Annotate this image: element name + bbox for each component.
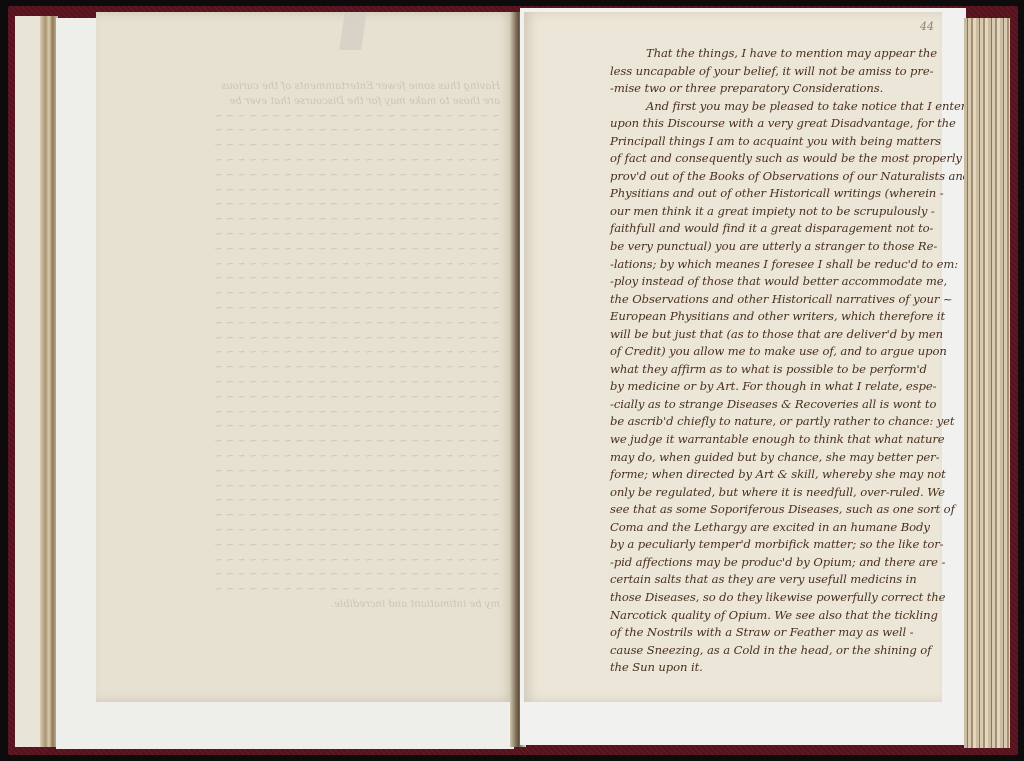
manuscript-line: European Physitians and other writers, w… (610, 308, 940, 326)
manuscript-line: of fact and consequently such as would b… (610, 150, 940, 168)
showthrough-line: ~ ~ ~ ~ ~ ~ ~ ~ ~ ~ ~ ~ ~ ~ ~ ~ ~ ~ ~ ~ … (160, 184, 500, 199)
showthrough-line: ~ ~ ~ ~ ~ ~ ~ ~ ~ ~ ~ ~ ~ ~ ~ ~ ~ ~ ~ ~ … (160, 391, 500, 406)
manuscript-line: our men think it a great impiety not to … (610, 203, 940, 221)
manuscript-line: faithfull and would find it a great disp… (610, 220, 940, 238)
showthrough-line: ~ ~ ~ ~ ~ ~ ~ ~ ~ ~ ~ ~ ~ ~ ~ ~ ~ ~ ~ ~ … (160, 494, 500, 509)
showthrough-line: ~ ~ ~ ~ ~ ~ ~ ~ ~ ~ ~ ~ ~ ~ ~ ~ ~ ~ ~ ~ … (160, 228, 500, 243)
showthrough-line: ~ ~ ~ ~ ~ ~ ~ ~ ~ ~ ~ ~ ~ ~ ~ ~ ~ ~ ~ ~ … (160, 346, 500, 361)
showthrough-line: ~ ~ ~ ~ ~ ~ ~ ~ ~ ~ ~ ~ ~ ~ ~ ~ ~ ~ ~ ~ … (160, 568, 500, 583)
endpaper-left (15, 16, 43, 747)
manuscript-line: see that as some Soporiferous Diseases, … (610, 501, 940, 519)
showthrough-line: ~ ~ ~ ~ ~ ~ ~ ~ ~ ~ ~ ~ ~ ~ ~ ~ ~ ~ ~ ~ … (160, 110, 500, 125)
repair-tape (339, 12, 366, 50)
showthrough-line: ~ ~ ~ ~ ~ ~ ~ ~ ~ ~ ~ ~ ~ ~ ~ ~ ~ ~ ~ ~ … (160, 124, 500, 139)
manuscript-line: be very punctual) you are utterly a stra… (610, 238, 940, 256)
manuscript-line: That the things, I have to mention may a… (610, 45, 940, 63)
manuscript-line: Principall things I am to acquaint you w… (610, 133, 940, 151)
showthrough-line: ~ ~ ~ ~ ~ ~ ~ ~ ~ ~ ~ ~ ~ ~ ~ ~ ~ ~ ~ ~ … (160, 361, 500, 376)
manuscript-line: what they affirm as to what is possible … (610, 361, 940, 379)
showthrough-line: ~ ~ ~ ~ ~ ~ ~ ~ ~ ~ ~ ~ ~ ~ ~ ~ ~ ~ ~ ~ … (160, 198, 500, 213)
showthrough-line: ~ ~ ~ ~ ~ ~ ~ ~ ~ ~ ~ ~ ~ ~ ~ ~ ~ ~ ~ ~ … (160, 376, 500, 391)
showthrough-line: ~ ~ ~ ~ ~ ~ ~ ~ ~ ~ ~ ~ ~ ~ ~ ~ ~ ~ ~ ~ … (160, 243, 500, 258)
manuscript-line: -cially as to strange Diseases & Recover… (610, 396, 940, 414)
page-block-right-edge (964, 18, 1010, 748)
showthrough-line: ~ ~ ~ ~ ~ ~ ~ ~ ~ ~ ~ ~ ~ ~ ~ ~ ~ ~ ~ ~ … (160, 169, 500, 184)
manuscript-line: those Diseases, so do they likewise powe… (610, 589, 940, 607)
manuscript-line: Narcotick quality of Opium. We see also … (610, 607, 940, 625)
manuscript-line: by medicine or by Art. For though in wha… (610, 378, 940, 396)
showthrough-line: ~ ~ ~ ~ ~ ~ ~ ~ ~ ~ ~ ~ ~ ~ ~ ~ ~ ~ ~ ~ … (160, 450, 500, 465)
manuscript-line: upon this Discourse with a very great Di… (610, 115, 940, 133)
manuscript-line: -pid affections may be produc'd by Opium… (610, 554, 940, 572)
manuscript-line: we judge it warrantable enough to think … (610, 431, 940, 449)
showthrough-line: ~ ~ ~ ~ ~ ~ ~ ~ ~ ~ ~ ~ ~ ~ ~ ~ ~ ~ ~ ~ … (160, 420, 500, 435)
manuscript-line: -ploy instead of those that would better… (610, 273, 940, 291)
showthrough-line: ~ ~ ~ ~ ~ ~ ~ ~ ~ ~ ~ ~ ~ ~ ~ ~ ~ ~ ~ ~ … (160, 332, 500, 347)
manuscript-line: of the Nostrils with a Straw or Feather … (610, 624, 940, 642)
showthrough-line: ~ ~ ~ ~ ~ ~ ~ ~ ~ ~ ~ ~ ~ ~ ~ ~ ~ ~ ~ ~ … (160, 583, 500, 598)
showthrough-line: ~ ~ ~ ~ ~ ~ ~ ~ ~ ~ ~ ~ ~ ~ ~ ~ ~ ~ ~ ~ … (160, 302, 500, 317)
showthrough-line: ~ ~ ~ ~ ~ ~ ~ ~ ~ ~ ~ ~ ~ ~ ~ ~ ~ ~ ~ ~ … (160, 539, 500, 554)
showthrough-line: ~ ~ ~ ~ ~ ~ ~ ~ ~ ~ ~ ~ ~ ~ ~ ~ ~ ~ ~ ~ … (160, 524, 500, 539)
manuscript-line: may do, when guided but by chance, she m… (610, 449, 940, 467)
manuscript-line: be ascrib'd chiefly to nature, or partly… (610, 413, 940, 431)
showthrough-line: ~ ~ ~ ~ ~ ~ ~ ~ ~ ~ ~ ~ ~ ~ ~ ~ ~ ~ ~ ~ … (160, 435, 500, 450)
showthrough-line: ~ ~ ~ ~ ~ ~ ~ ~ ~ ~ ~ ~ ~ ~ ~ ~ ~ ~ ~ ~ … (160, 317, 500, 332)
manuscript-line: only be regulated, but where it is needf… (610, 484, 940, 502)
showthrough-line: are those to make may for the Discourse … (160, 95, 500, 110)
left-page-showthrough-text: Having thus some fewer Entertainments of… (160, 80, 500, 613)
showthrough-line: ~ ~ ~ ~ ~ ~ ~ ~ ~ ~ ~ ~ ~ ~ ~ ~ ~ ~ ~ ~ … (160, 465, 500, 480)
showthrough-line: my be intimatiant and incredible. (160, 598, 500, 613)
showthrough-line: ~ ~ ~ ~ ~ ~ ~ ~ ~ ~ ~ ~ ~ ~ ~ ~ ~ ~ ~ ~ … (160, 213, 500, 228)
manuscript-line: Physitians and out of other Historicall … (610, 185, 940, 203)
folio-number: 44 (920, 20, 934, 33)
manuscript-line: will be but just that (as to those that … (610, 326, 940, 344)
showthrough-line: ~ ~ ~ ~ ~ ~ ~ ~ ~ ~ ~ ~ ~ ~ ~ ~ ~ ~ ~ ~ … (160, 258, 500, 273)
showthrough-line: ~ ~ ~ ~ ~ ~ ~ ~ ~ ~ ~ ~ ~ ~ ~ ~ ~ ~ ~ ~ … (160, 480, 500, 495)
showthrough-line: ~ ~ ~ ~ ~ ~ ~ ~ ~ ~ ~ ~ ~ ~ ~ ~ ~ ~ ~ ~ … (160, 154, 500, 169)
manuscript-line: prov'd out of the Books of Observations … (610, 168, 940, 186)
showthrough-line: ~ ~ ~ ~ ~ ~ ~ ~ ~ ~ ~ ~ ~ ~ ~ ~ ~ ~ ~ ~ … (160, 272, 500, 287)
manuscript-line: -lations; by which meanes I foresee I sh… (610, 256, 940, 274)
showthrough-line: ~ ~ ~ ~ ~ ~ ~ ~ ~ ~ ~ ~ ~ ~ ~ ~ ~ ~ ~ ~ … (160, 287, 500, 302)
showthrough-line: ~ ~ ~ ~ ~ ~ ~ ~ ~ ~ ~ ~ ~ ~ ~ ~ ~ ~ ~ ~ … (160, 509, 500, 524)
manuscript-line: of Credit) you allow me to make use of, … (610, 343, 940, 361)
manuscript-line: less uncapable of your belief, it will n… (610, 63, 940, 81)
showthrough-line: ~ ~ ~ ~ ~ ~ ~ ~ ~ ~ ~ ~ ~ ~ ~ ~ ~ ~ ~ ~ … (160, 554, 500, 569)
manuscript-line: the Sun upon it. (610, 659, 940, 677)
manuscript-line: cause Sneezing, as a Cold in the head, o… (610, 642, 940, 660)
manuscript-text: That the things, I have to mention may a… (610, 45, 940, 677)
showthrough-line: ~ ~ ~ ~ ~ ~ ~ ~ ~ ~ ~ ~ ~ ~ ~ ~ ~ ~ ~ ~ … (160, 406, 500, 421)
manuscript-line: by a peculiarly temper'd morbifick matte… (610, 536, 940, 554)
manuscript-line: certain salts that as they are very usef… (610, 571, 940, 589)
showthrough-line: ~ ~ ~ ~ ~ ~ ~ ~ ~ ~ ~ ~ ~ ~ ~ ~ ~ ~ ~ ~ … (160, 139, 500, 154)
showthrough-line: Having thus some fewer Entertainments of… (160, 80, 500, 95)
manuscript-line: -mise two or three preparatory Considera… (610, 80, 940, 98)
manuscript-line: forme; when directed by Art & skill, whe… (610, 466, 940, 484)
manuscript-line: Coma and the Lethargy are excited in an … (610, 519, 940, 537)
manuscript-line: And first you may be pleased to take not… (610, 98, 940, 116)
manuscript-line: the Observations and other Historicall n… (610, 291, 940, 309)
